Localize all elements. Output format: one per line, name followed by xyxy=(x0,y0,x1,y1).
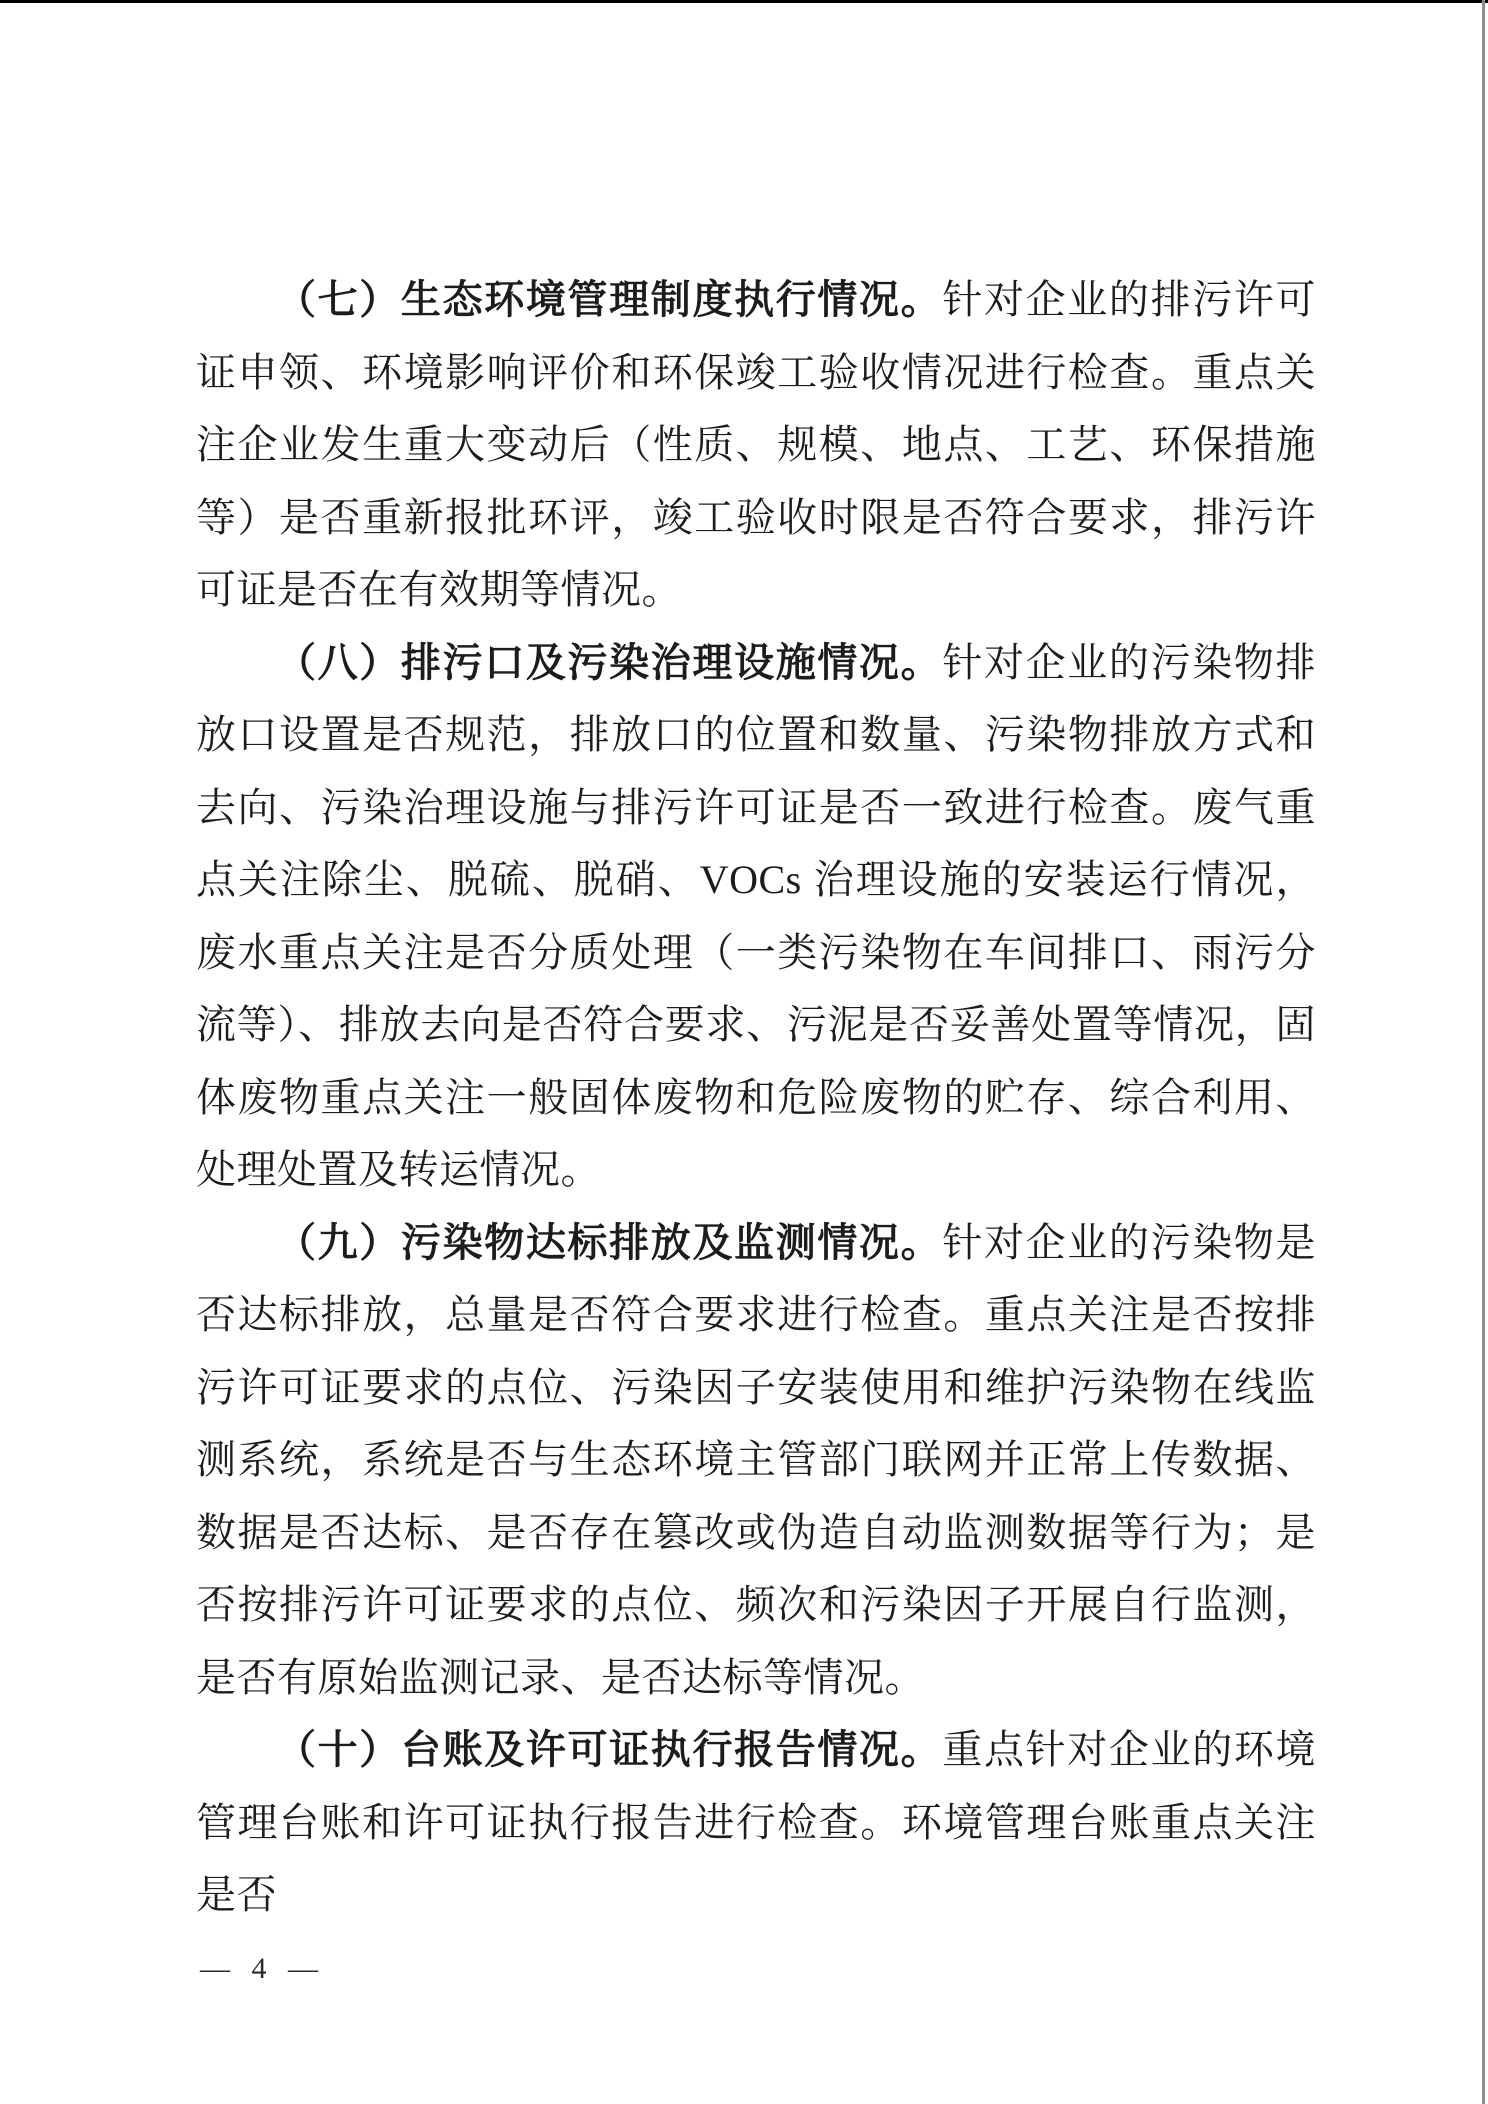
paragraph-8-heading: （八）排污口及污染治理设施情况。 xyxy=(276,640,942,685)
document-page: { "page": { "number_label": "— 4 —" }, "… xyxy=(0,0,1488,2104)
paragraph-10-heading: （十）台账及许可证执行报告情况。 xyxy=(276,1727,942,1772)
paragraph-8-body: 针对企业的污染物排放口设置是否规范，排放口的位置和数量、污染物排放方式和去向、污… xyxy=(196,640,1316,1193)
paragraph-7-body: 针对企业的排污许可证申领、环境影响评价和环保竣工验收情况进行检查。重点关注企业发… xyxy=(196,277,1316,612)
page-number: — 4 — xyxy=(200,1952,325,1986)
page-edge-right xyxy=(1482,0,1485,2104)
page-edge-top xyxy=(0,0,1488,3)
paragraph-7: （七）生态环境管理制度执行情况。针对企业的排污许可证申领、环境影响评价和环保竣工… xyxy=(196,264,1316,627)
paragraph-7-heading: （七）生态环境管理制度执行情况。 xyxy=(276,277,942,322)
paragraph-9: （九）污染物达标排放及监测情况。针对企业的污染物是否达标排放，总量是否符合要求进… xyxy=(196,1207,1316,1715)
paragraph-10: （十）台账及许可证执行报告情况。重点针对企业的环境管理台账和许可证执行报告进行检… xyxy=(196,1714,1316,1932)
paragraph-9-body: 针对企业的污染物是否达标排放，总量是否符合要求进行检查。重点关注是否按排污许可证… xyxy=(196,1220,1316,1700)
document-body: （七）生态环境管理制度执行情况。针对企业的排污许可证申领、环境影响评价和环保竣工… xyxy=(196,264,1316,1932)
paragraph-8: （八）排污口及污染治理设施情况。针对企业的污染物排放口设置是否规范，排放口的位置… xyxy=(196,627,1316,1207)
paragraph-9-heading: （九）污染物达标排放及监测情况。 xyxy=(276,1220,942,1265)
